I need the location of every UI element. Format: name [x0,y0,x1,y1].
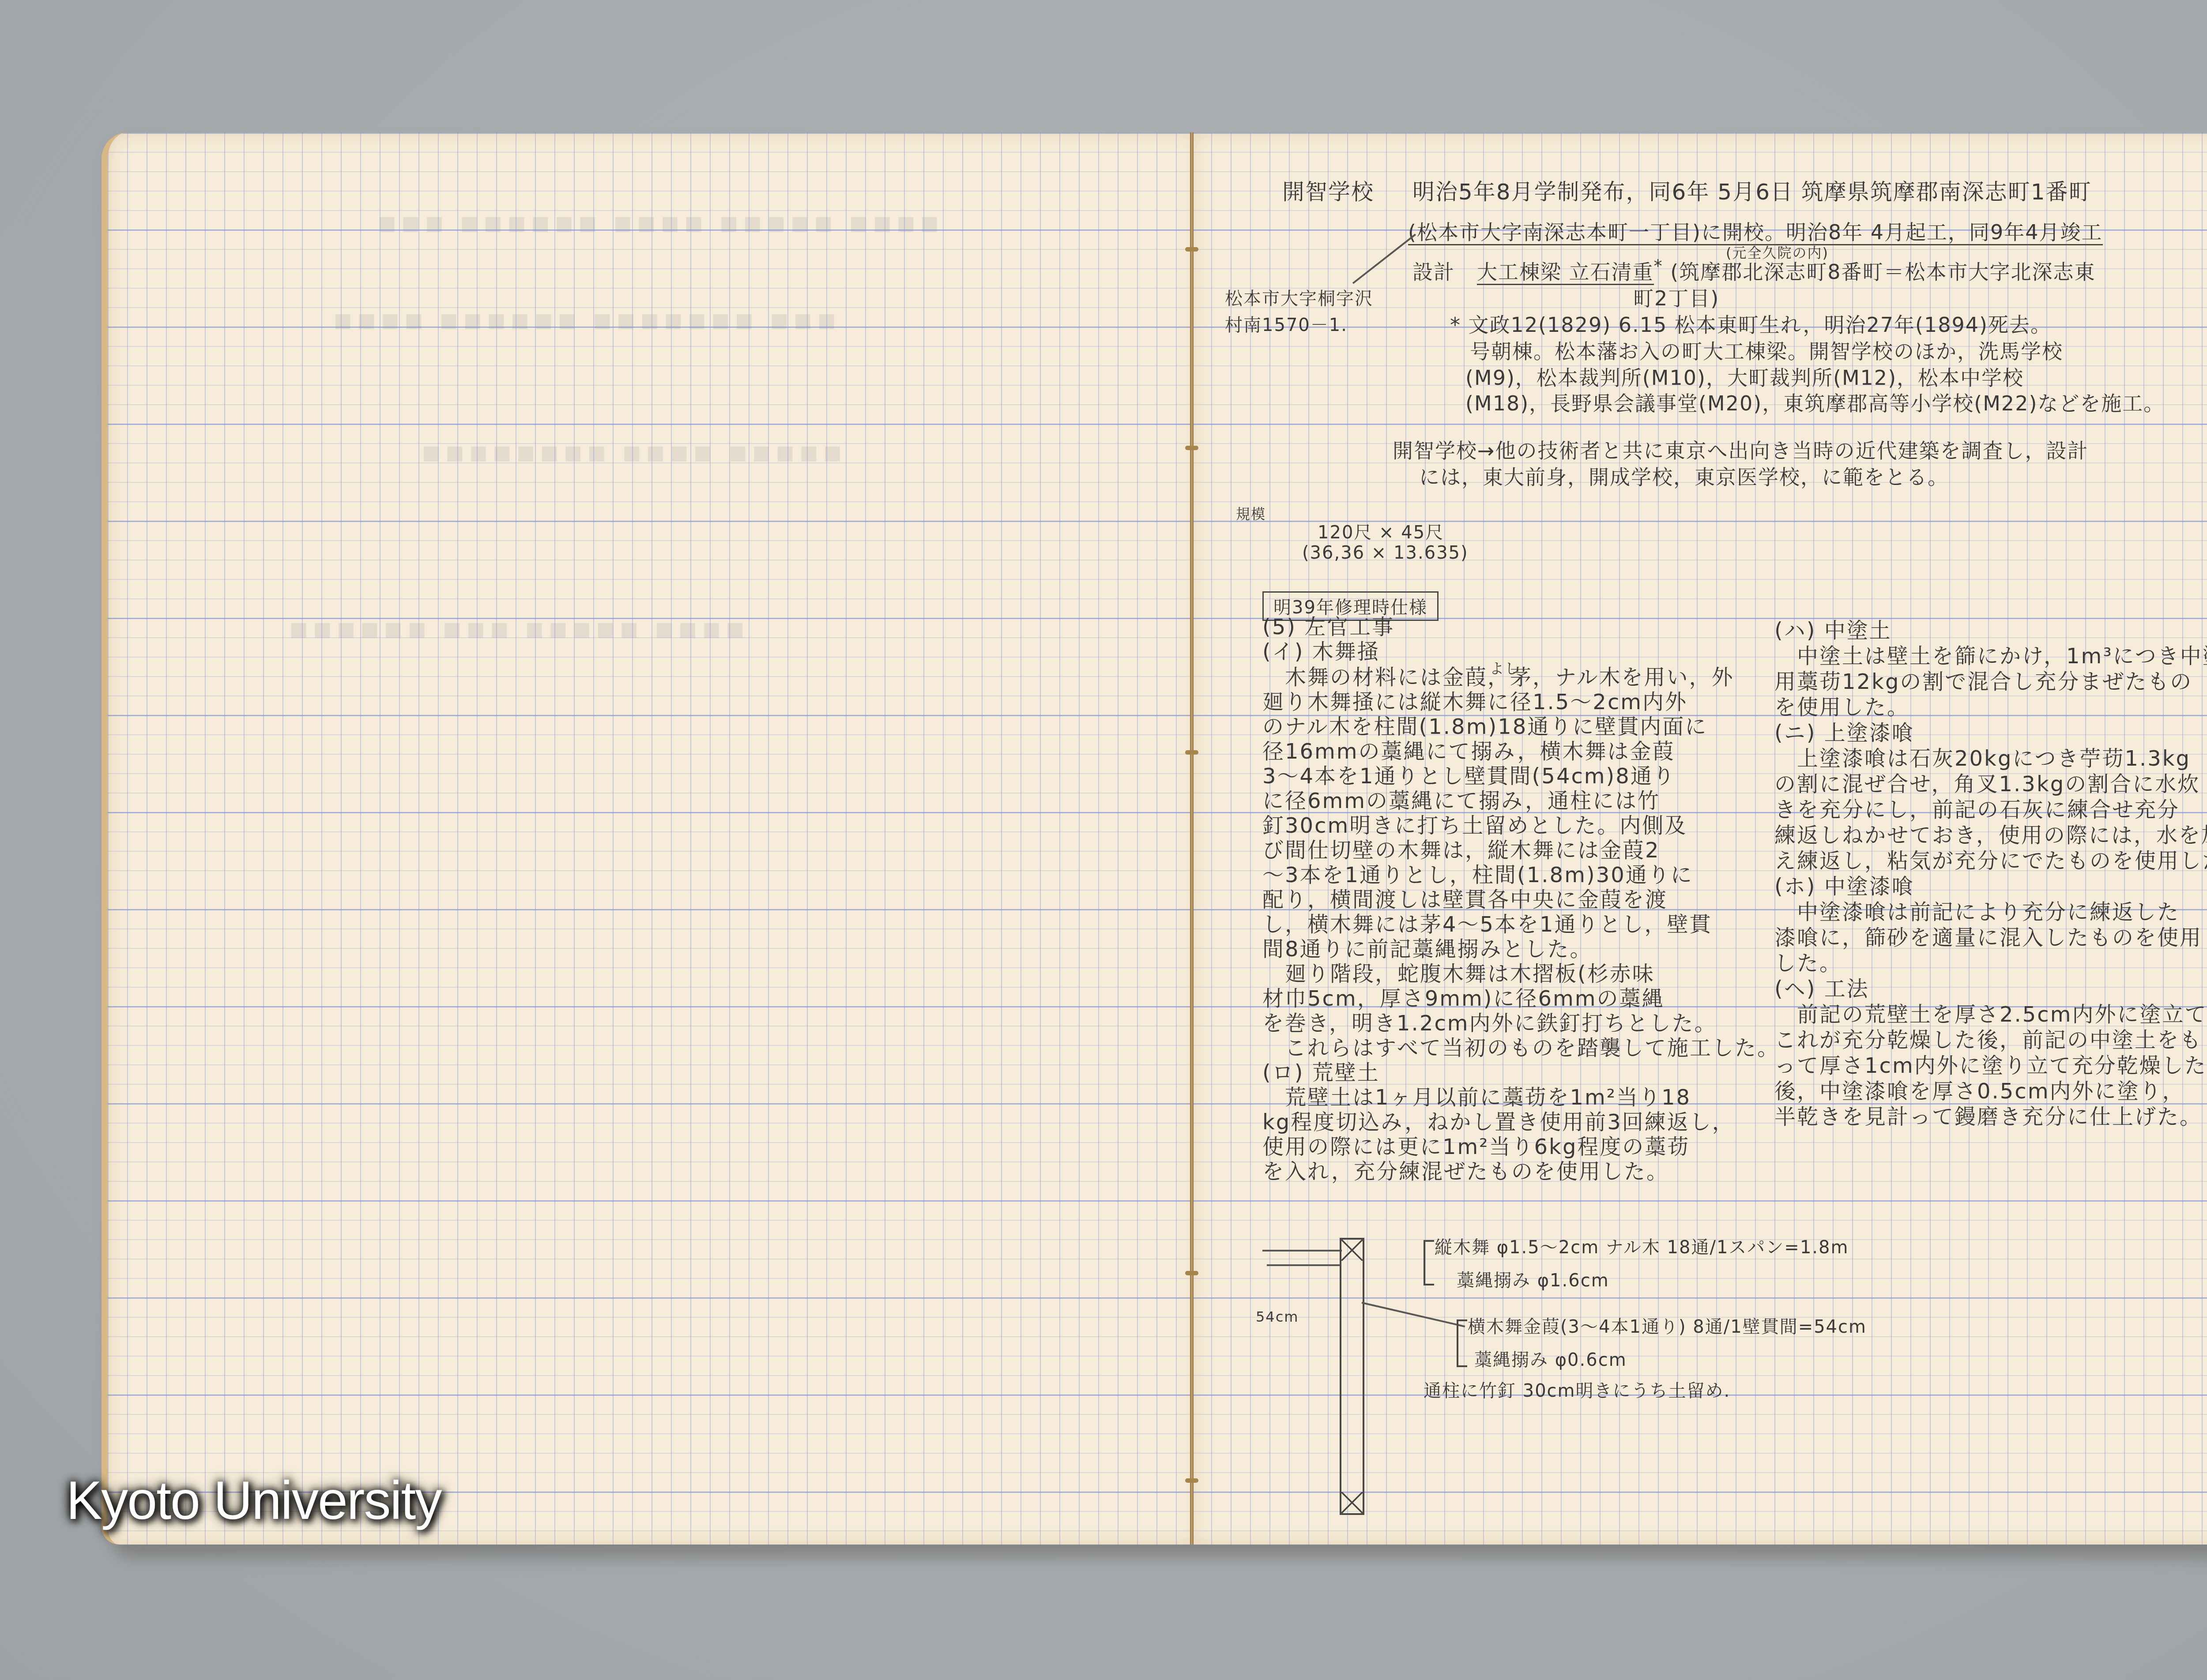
header-line-3: 設計 大工棟梁 立石清重* (筑摩郡北深志町8番町＝松本市大字北深志東 [1412,256,2096,285]
text-line: 釘30cm明きに打ち土留めとした。内側及 [1262,813,1780,838]
text-line: のナル木を柱間(1.8m)18通りに壁貫内面に [1262,714,1780,739]
post-cross-top [1341,1240,1363,1261]
text-line: 上塗漆喰は石灰20kgにつき苧苆1.3kg [1774,746,2207,771]
beam-line [1267,1264,1340,1266]
architect-name: 大工棟梁 立石清重 [1477,260,1654,285]
text-line: 廻り木舞掻には縦木舞に径1.5〜2cm内外 [1262,690,1780,714]
bleed-through-text: ■■■■ ■■■■■ ■■■■ ■■■■■■ ■■■ [373,212,939,234]
beam-line [1262,1250,1342,1252]
stitch [1185,1478,1198,1483]
label-vertical-tie: 藁縄搦み φ1.6cm [1457,1267,1609,1292]
text-line: 配り，横間渡しは壁貫各中央に金葭を渡 [1262,887,1780,912]
text-line: 径16mmの藁縄にて搦み，横木舞は金葭 [1262,739,1780,764]
text-line: (ホ) 中塗漆喰 [1774,874,2207,899]
specification-left-column: (5) 左官工事 (イ) 木舞掻 木舞の材料には金葭，茅，ナル木を用い，外 廻り… [1262,616,1780,1184]
dimensions-imperial: 120尺 × 45尺 [1318,519,1444,544]
text-line: (ヘ) 工法 [1774,976,2207,1002]
label-vertical-lath: 縦木舞 φ1.5〜2cm ナル木 18通/1スパン=1.8m [1435,1233,1849,1259]
text-line: って厚さ1cm内外に塗り立て充分乾燥した [1774,1053,2207,1079]
bleed-through-text: ■■■■■ ■■■■ ■■■■■■■■ [417,441,842,464]
text-line: kg程度切込み，ねかし置き使用前3回練返し， [1262,1110,1780,1135]
text-line: 3〜4本を1通りとし壁貫間(54cm)8通り [1262,764,1780,789]
label-horizontal-lath: 横木舞金葭(3〜4本1通り) 8通/1壁貫間=54cm [1468,1313,1867,1338]
text-line: 中塗漆喰は前記により充分に練返した [1774,899,2207,925]
text-line: 〜3本を1通りとし，柱間(1.8m)30通りに [1262,863,1780,887]
text-line: 半乾きを見計って鏝磨き充分に仕上げた。 [1774,1104,2207,1130]
text-line: これが充分乾燥した後，前記の中塗土をも [1774,1027,2207,1053]
text-line: きを充分にし，前記の石灰に練合せ充分 [1774,797,2207,823]
text-line: の割に混ぜ合せ，角叉1.3kgの割合に水炊 [1774,771,2207,797]
architect-address: (筑摩郡北深志町8番町＝松本市大字北深志東 [1670,260,2095,284]
text-line: 間8通りに前記藁縄搦みとした。 [1262,937,1780,962]
text-line: これらはすべて当初のものを踏襲して施工した。 [1262,1036,1780,1060]
watermark-logo: Kyoto University [66,1470,441,1531]
bleed-through-text: ■■■ ■■■■■■■ ■■■■■■ ■■■■ [328,309,836,331]
dimension-label: 54cm [1256,1308,1299,1325]
header-line-2: (松本市大字南深志本町一丁目)に開校。明治8年 4月起工，同9年4月竣工 [1408,216,2103,245]
text-line: び間仕切壁の木舞は，縦木舞には金葭2 [1262,838,1780,863]
text-line: を巻き，明き1.2cm内外に鉄釘打ちとした。 [1262,1011,1780,1036]
stitch [1185,446,1198,450]
text-line: 後，中塗漆喰を厚さ0.5cm内外に塗り， [1774,1079,2207,1104]
text-line: え練返し，粘気が充分にでたものを使用した。 [1774,848,2207,874]
text-line: 荒壁土は1ヶ月以前に藁苆を1m²当り18 [1262,1085,1780,1110]
bio-line-4: (M18)，長野県会議事堂(M20)，東筑摩郡高等小学校(M22)などを施工。 [1465,387,2165,417]
ruby-annotation: よし [1490,658,1520,678]
text-line: を使用した。 [1774,695,2207,720]
study-line-1: 開智学校→他の技術者と共に東京へ出向き当時の近代建築を調査し，設計 [1393,435,2089,464]
text-line: し，横木舞には茅4〜5本を1通りとし，壁貫 [1262,912,1780,937]
text-line: (ハ) 中塗土 [1774,618,2207,643]
text-line: (ロ) 荒壁土 [1262,1060,1780,1085]
footnote-star: * [1654,256,1663,276]
bio-line-1: * 文政12(1829) 6.15 松本東町生れ，明治27年(1894)死去。 [1450,309,2052,338]
text-line: 前記の荒壁土を厚さ2.5cm内外に塗立て， [1774,1002,2207,1027]
dimensions-label: 規模 [1236,503,1266,523]
text-line: に径6mmの藁縄にて搦み，通柱には竹 [1262,789,1780,813]
label-horizontal-tie: 藁縄搦み φ0.6cm [1474,1346,1627,1371]
text-line: した。 [1774,951,2207,976]
margin-note-line-2: 村南1570－1. [1225,311,1348,336]
text-line: (ニ) 上塗漆喰 [1774,720,2207,746]
study-line-2: には，東大前身，開成学校，東京医学校，に範をとる。 [1419,461,1949,490]
post-cross-bottom [1341,1492,1363,1513]
left-page: ■■■■ ■■■■■ ■■■■ ■■■■■■ ■■■ ■■■ ■■■■■■■ ■… [102,132,1198,1545]
text-line: 中塗土は壁土を篩にかけ，1m³につき中塗 [1774,643,2207,669]
bracket-horizontal [1457,1319,1467,1367]
spine [1190,132,1194,1545]
label-bamboo-nail: 通柱に竹釘 30cm明きにうち土留め. [1424,1377,1730,1402]
margin-note-line-1: 松本市大字桐字沢 [1225,285,1373,310]
text-line: 漆喰に，篩砂を適量に混入したものを使用 [1774,925,2207,951]
text-line: 用藁苆12kgの割で混合し充分まぜたもの [1774,669,2207,695]
specification-right-column: (ハ) 中塗土 中塗土は壁土を篩にかけ，1m³につき中塗 用藁苆12kgの割で混… [1774,618,2207,1130]
text-line: 材巾5cm，厚さ9mm)に径6mmの藁縄 [1262,986,1780,1011]
stitch [1185,247,1198,252]
post-elevation [1340,1238,1364,1515]
text-line: (5) 左官工事 [1262,616,1780,639]
school-title: 開智学校 [1282,174,1374,206]
bio-line-3: (M9)，松本裁判所(M10)，大町裁判所(M12)，松本中学校 [1465,362,2024,391]
stitch [1185,750,1198,755]
text-line: 木舞の材料には金葭，茅，ナル木を用い，外 [1262,665,1780,690]
bleed-through-text: ■■■■ ■■■■■ ■■■ ■■■■■■ [284,618,744,640]
stitch [1185,1271,1198,1275]
text-line: 使用の際には更に1m²当り6kg程度の藁苆 [1262,1135,1780,1159]
text-line: 練返しねかせておき，使用の際には，水を加 [1774,823,2207,848]
dimensions-metric: (36,36 × 13.635) [1302,543,1469,563]
header-line-4: 町2丁目) [1633,282,1719,312]
bracket-vertical [1424,1240,1434,1285]
header-line-1: 明治5年8月学制発布，同6年 5月6日 筑摩県筑摩郡南深志町1番町 [1412,174,2092,206]
design-label: 設計 [1412,260,1455,284]
text-line: 廻り階段，蛇腹木舞は木摺板(杉赤味 [1262,962,1780,986]
text-line: を入れ，充分練混ぜたものを使用した。 [1262,1159,1780,1184]
text-line: (イ) 木舞掻 [1262,639,1780,665]
bio-line-2: 号朝棟。松本藩お入の町大工棟梁。開智学校のほか，洗馬学校 [1470,335,2063,365]
